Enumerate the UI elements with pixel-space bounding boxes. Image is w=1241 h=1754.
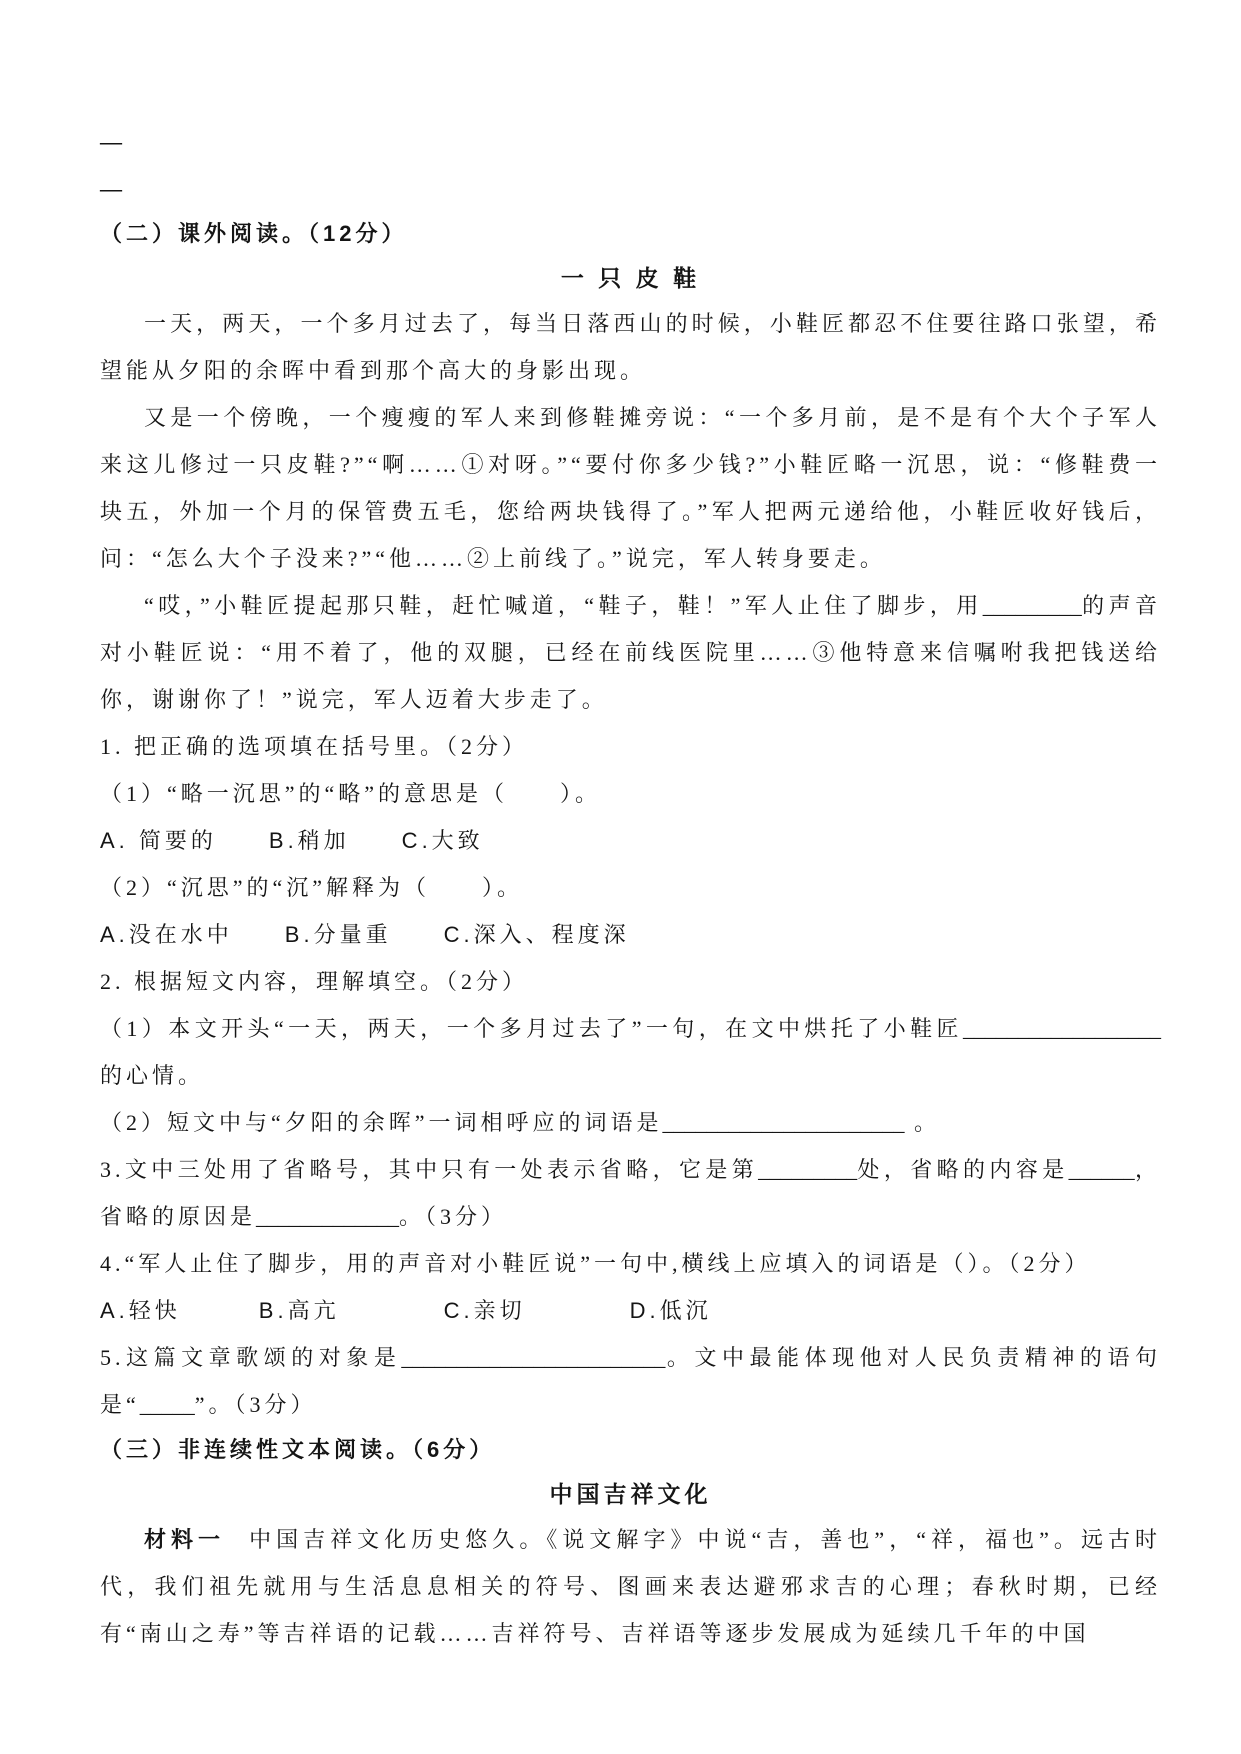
story-paragraph-2: 又是一个傍晚，一个瘦瘦的军人来到修鞋摊旁说：“一个多月前，是不是有个大个子军人来… — [100, 394, 1161, 582]
question-1-sub-2-options: A.没在水中 B.分量重 C.深入、程度深 — [100, 911, 1161, 958]
answer-blank: _________ — [758, 1157, 857, 1182]
answer-blank: ________________________ — [401, 1345, 665, 1370]
material-one-text: 中国吉祥文化历史悠久。《说文解字》中说“吉，善也”，“祥，福也”。远古时代，我们… — [100, 1527, 1161, 1646]
top-dash-2: — — [100, 165, 1161, 212]
question-4-options: A.轻快 B.高亢 C.亲切 D.低沉 — [100, 1287, 1161, 1334]
material-one-paragraph: 材料一中国吉祥文化历史悠久。《说文解字》中说“吉，善也”，“祥，福也”。远古时代… — [100, 1516, 1161, 1657]
question-1-sub-1-options: A. 简要的 B.稍加 C.大致 — [100, 817, 1161, 864]
question-5: 5.这篇文章歌颂的对象是________________________。文中最… — [100, 1334, 1161, 1428]
question-2: 2. 根据短文内容，理解填空。（2分） — [100, 958, 1161, 1005]
answer-blank: ______ — [1069, 1157, 1135, 1182]
answer-blank: _________ — [983, 593, 1082, 618]
question-2-sub-1: （1）本文开头“一天，两天，一个多月过去了”一句，在文中烘托了小鞋匠______… — [100, 1005, 1161, 1099]
question-1-sub-1: （1）“略一沉思”的“略”的意思是（ ）。 — [100, 770, 1161, 817]
question-2-sub-2: （2）短文中与“夕阳的余晖”一词相呼应的词语是_________________… — [100, 1099, 1161, 1146]
exam-page: — — （二）课外阅读。（12分） 一 只 皮 鞋 一天，两天，一个多月过去了，… — [0, 0, 1241, 1754]
answer-blank: __________________ — [963, 1016, 1161, 1041]
material-one-label: 材料一 — [144, 1527, 225, 1552]
question-1-sub-2: （2）“沉思”的“沉”解释为（ ）。 — [100, 864, 1161, 911]
passage-title: 一 只 皮 鞋 — [100, 256, 1161, 300]
answer-blank: _____________ — [256, 1204, 399, 1229]
material-passage-title: 中国吉祥文化 — [100, 1472, 1161, 1516]
section-three-heading: （三）非连续性文本阅读。（6分） — [100, 1428, 1161, 1472]
question-1: 1. 把正确的选项填在括号里。（2分） — [100, 723, 1161, 770]
question-4: 4.“军人止住了脚步，用的声音对小鞋匠说”一句中,横线上应填入的词语是（）。（2… — [100, 1240, 1161, 1287]
story-paragraph-1: 一天，两天，一个多月过去了，每当日落西山的时候，小鞋匠都忍不住要往路口张望，希望… — [100, 300, 1161, 394]
section-two-heading: （二）课外阅读。（12分） — [100, 212, 1161, 256]
story-paragraph-3: “哎，”小鞋匠提起那只鞋，赶忙喊道，“鞋子，鞋！”军人止住了脚步，用______… — [100, 582, 1161, 723]
question-3: 3.文中三处用了省略号，其中只有一处表示省略，它是第_________处，省略的… — [100, 1146, 1161, 1240]
top-dash-1: — — [100, 118, 1161, 165]
answer-blank: ______________________ — [663, 1110, 905, 1135]
answer-blank: _____ — [140, 1392, 195, 1417]
